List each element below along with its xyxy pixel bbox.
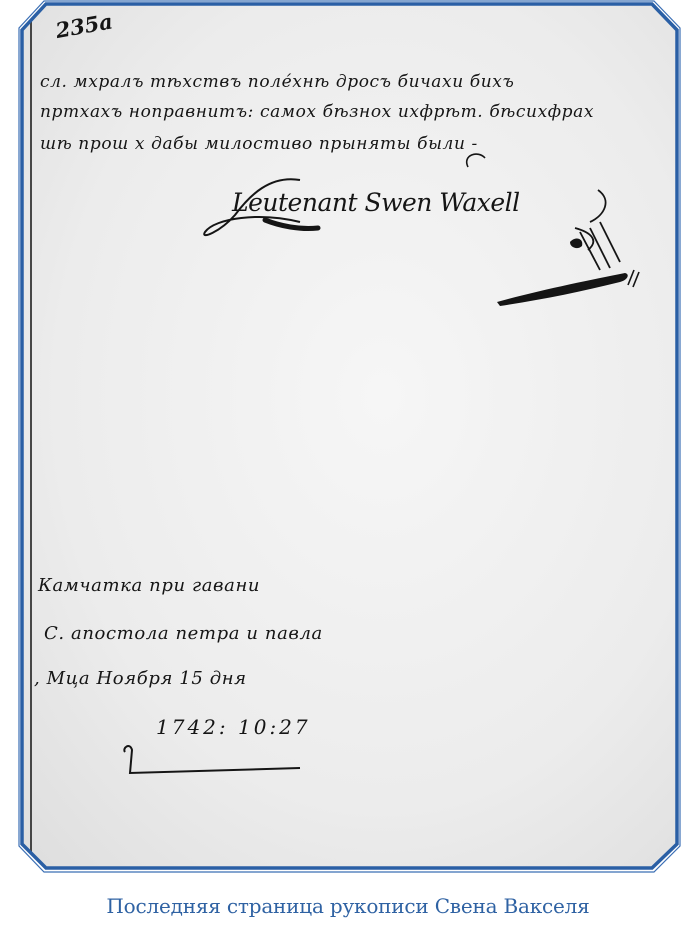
figure-caption: Последняя страница рукописи Свена Ваксел… [0, 894, 696, 918]
frame-border [0, 0, 696, 880]
